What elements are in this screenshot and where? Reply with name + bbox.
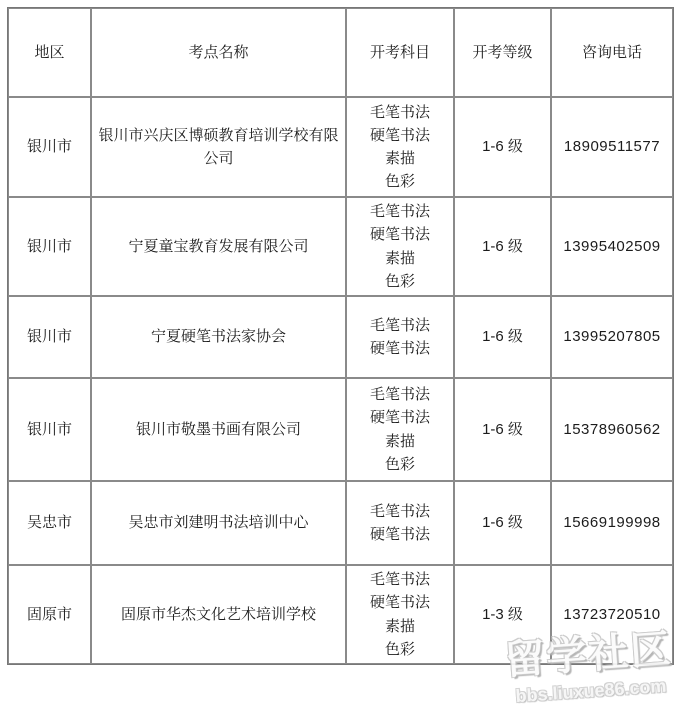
watermark-site-url: bbs.liuxue86.com (501, 675, 681, 709)
site-name-cell: 宁夏童宝教育发展有限公司 (91, 197, 346, 296)
subjects-cell: 毛笔书法 硬笔书法 (346, 296, 454, 378)
level-cell: 1-3 级 (454, 565, 551, 664)
phone-cell: 15378960562 (551, 378, 673, 481)
region-cell: 银川市 (8, 378, 91, 481)
table-row: 银川市 银川市敬墨书画有限公司 毛笔书法 硬笔书法 素描 色彩 1-6 级 15… (8, 378, 673, 481)
level-cell: 1-6 级 (454, 97, 551, 197)
level-cell: 1-6 级 (454, 481, 551, 565)
table-row: 银川市 宁夏童宝教育发展有限公司 毛笔书法 硬笔书法 素描 色彩 1-6 级 1… (8, 197, 673, 296)
header-region: 地区 (8, 8, 91, 97)
subjects-cell: 毛笔书法 硬笔书法 素描 色彩 (346, 197, 454, 296)
table-row: 银川市 宁夏硬笔书法家协会 毛笔书法 硬笔书法 1-6 级 1399520780… (8, 296, 673, 378)
phone-cell: 18909511577 (551, 97, 673, 197)
header-level: 开考等级 (454, 8, 551, 97)
subjects-cell: 毛笔书法 硬笔书法 素描 色彩 (346, 97, 454, 197)
region-cell: 固原市 (8, 565, 91, 664)
page: 地区 考点名称 开考科目 开考等级 咨询电话 银川市 银川市兴庆区博硕教育培训学… (0, 0, 681, 710)
subjects-cell: 毛笔书法 硬笔书法 (346, 481, 454, 565)
phone-cell: 15669199998 (551, 481, 673, 565)
table-row: 固原市 固原市华杰文化艺术培训学校 毛笔书法 硬笔书法 素描 色彩 1-3 级 … (8, 565, 673, 664)
subjects-cell: 毛笔书法 硬笔书法 素描 色彩 (346, 378, 454, 481)
site-name-cell: 吴忠市刘建明书法培训中心 (91, 481, 346, 565)
table-header-row: 地区 考点名称 开考科目 开考等级 咨询电话 (8, 8, 673, 97)
region-cell: 吴忠市 (8, 481, 91, 565)
site-name-cell: 银川市敬墨书画有限公司 (91, 378, 346, 481)
site-name-cell: 银川市兴庆区博硕教育培训学校有限公司 (91, 97, 346, 197)
level-cell: 1-6 级 (454, 197, 551, 296)
header-site-name: 考点名称 (91, 8, 346, 97)
table-row: 银川市 银川市兴庆区博硕教育培训学校有限公司 毛笔书法 硬笔书法 素描 色彩 1… (8, 97, 673, 197)
subjects-cell: 毛笔书法 硬笔书法 素描 色彩 (346, 565, 454, 664)
exam-sites-table: 地区 考点名称 开考科目 开考等级 咨询电话 银川市 银川市兴庆区博硕教育培训学… (7, 7, 674, 665)
phone-cell: 13995402509 (551, 197, 673, 296)
region-cell: 银川市 (8, 97, 91, 197)
header-subjects: 开考科目 (346, 8, 454, 97)
header-phone: 咨询电话 (551, 8, 673, 97)
level-cell: 1-6 级 (454, 296, 551, 378)
site-name-cell: 固原市华杰文化艺术培训学校 (91, 565, 346, 664)
region-cell: 银川市 (8, 296, 91, 378)
level-cell: 1-6 级 (454, 378, 551, 481)
table-row: 吴忠市 吴忠市刘建明书法培训中心 毛笔书法 硬笔书法 1-6 级 1566919… (8, 481, 673, 565)
phone-cell: 13723720510 (551, 565, 673, 664)
phone-cell: 13995207805 (551, 296, 673, 378)
site-name-cell: 宁夏硬笔书法家协会 (91, 296, 346, 378)
region-cell: 银川市 (8, 197, 91, 296)
